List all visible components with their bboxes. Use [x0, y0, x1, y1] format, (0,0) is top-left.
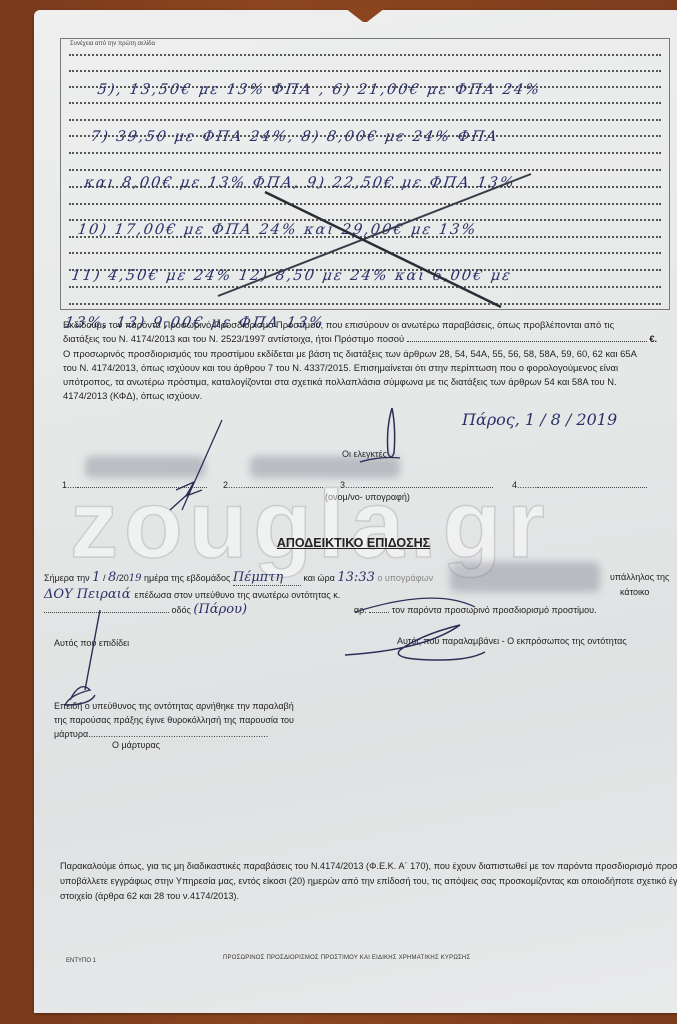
paragraph-line: Ο προσωρινός προσδιορισμός του προστίμου…	[63, 347, 673, 361]
redacted-employee-name	[450, 562, 600, 592]
witness-label: Ο μάρτυρας	[112, 740, 160, 750]
street-value: (Πάρου)	[193, 602, 351, 617]
fine-paragraph: Εκδίδουμε τον παρόντα Προσωρινό Προσδιορ…	[63, 318, 673, 404]
form-id: ΕΝΤΥΠΟ 1	[66, 958, 96, 964]
paragraph-line: 4174/2013 (ΚΦΔ), όπως ισχύουν.	[63, 389, 673, 403]
name-signature-hint: (ονομ/νο- υπογραφή)	[325, 492, 410, 502]
inspector-slot-3: 3.......	[340, 480, 363, 490]
amount-field	[407, 341, 647, 342]
form-title: ΠΡΟΣΩΡΙΝΟΣ ΠΡΟΣΔΙΟΡΙΣΜΟΣ ΠΡΟΣΤΙΜΟΥ ΚΑΙ Ε…	[223, 955, 470, 961]
service-weekday: Πέμπτη	[233, 570, 301, 586]
objection-notice: Παρακαλούμε όπως, για τις μη διαδικαστικ…	[60, 859, 677, 904]
inspector-slot-4: 4........	[512, 480, 537, 490]
inspector-slot-2: 2........	[223, 480, 248, 490]
employee-label: υπάλληλος της	[610, 572, 669, 582]
strike-through-cross	[61, 39, 669, 309]
currency-symbol: €.	[649, 333, 657, 344]
paragraph-line: Εκδίδουμε τον παρόντα Προσωρινό Προσδιορ…	[63, 318, 673, 332]
service-time: 13:33	[337, 570, 374, 585]
service-day: 1	[92, 570, 100, 585]
service-line-2: ΔΟΥ Πειραιά επέδωσα στον υπεύθυνο της αν…	[44, 587, 340, 602]
redacted-name	[85, 456, 205, 478]
continuation-box: Συνέχεια από την πρώτη σελίδα 5), 13,50€…	[60, 38, 670, 310]
inspector-slot-1: 1....	[62, 480, 77, 490]
paragraph-line: υπότροπος, τα ανωτέρω πρόστιμα, καταλογί…	[63, 375, 673, 389]
receiver-label: Αυτός που παραλαμβάνει - Ο εκπρόσωπος τη…	[397, 636, 627, 646]
service-line-1: Σήμερα την 1 / 8/2019 ημέρα της εβδομάδο…	[44, 570, 433, 586]
service-year: 19	[129, 573, 142, 584]
service-line-3: οδός (Πάρου) αρ. τον παρόντα προσωρινό π…	[44, 602, 597, 617]
service-receipt-title: ΑΠΟΔΕΙΚΤΙΚΟ ΕΠΙΔΟΣΗΣ	[0, 536, 677, 550]
tax-office: ΔΟΥ Πειραιά	[44, 587, 132, 602]
paragraph-line: του Ν. 4174/2013, όπως ισχύουν και του ά…	[63, 361, 673, 375]
paragraph-line: διατάξεις του Ν. 4174/2013 και του Ν. 25…	[63, 332, 673, 346]
server-label: Αυτός που επιδίδει	[54, 638, 129, 648]
refusal-note: Επειδή ο υπεύθυνος της οντότητας αρνήθηκ…	[54, 699, 354, 741]
document-label: τον παρόντα προσωρινό προσδιορισμό προστ…	[392, 605, 597, 615]
resident-label: κάτοικο	[620, 587, 649, 597]
service-month: 8	[108, 570, 116, 585]
redacted-name	[250, 456, 400, 478]
place-date: Πάρος, 1 / 8 / 2019	[462, 410, 617, 429]
